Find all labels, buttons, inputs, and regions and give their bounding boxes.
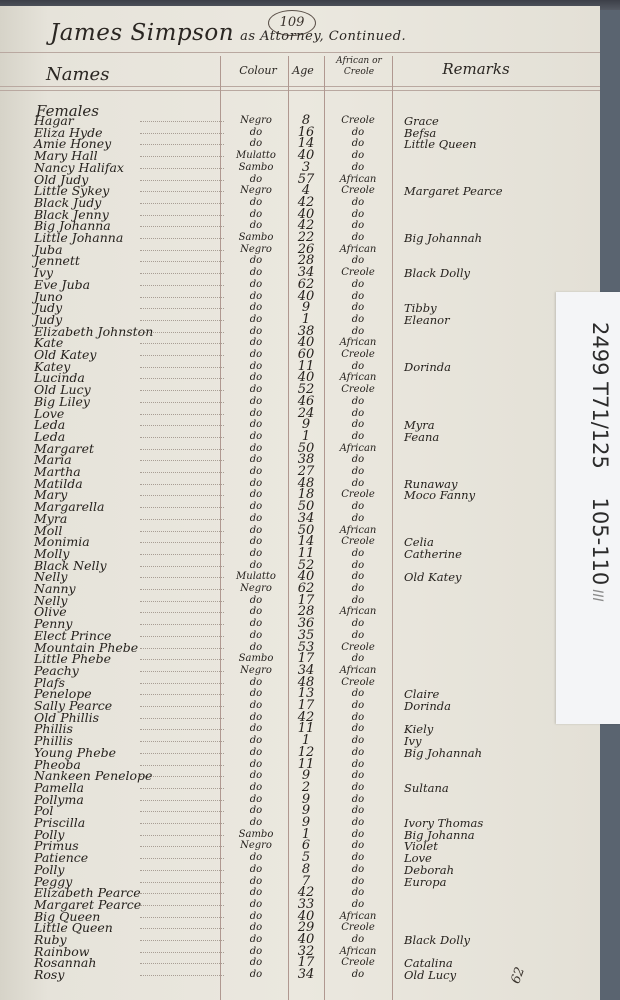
register-page: 109 James Simpsonas Attorney, Continued.… [0,6,600,1000]
row-age: 34 [290,968,322,982]
struck-mark: III [589,589,605,601]
row-origin: do [326,968,390,982]
archive-reference-text: 2499 T71/125 105-110III [580,296,620,746]
header-origin: African or Creole [326,56,392,78]
header-age: Age [286,64,320,77]
owner-name: James Simpson [50,20,234,46]
header-rule-top [0,52,600,53]
header-remarks: Remarks [396,60,556,78]
header-names: Names [46,64,109,85]
archive-folios: 105-110 [588,498,612,586]
row-remarks: Old Lucy [404,968,554,982]
archive-reference-tag: 2499 T71/125 105-110III [556,292,620,724]
header-rule-bottom [0,86,600,87]
page-title: James Simpsonas Attorney, Continued. [50,20,406,46]
title-suffix: as Attorney, Continued. [240,29,406,44]
header-colour: Colour [232,64,284,77]
archive-piece: 2499 [588,322,612,375]
header-rule-double [0,90,600,91]
row-name: Rosy [34,968,220,983]
archive-reference: T71/125 [588,382,612,469]
row-colour: do [226,968,286,982]
